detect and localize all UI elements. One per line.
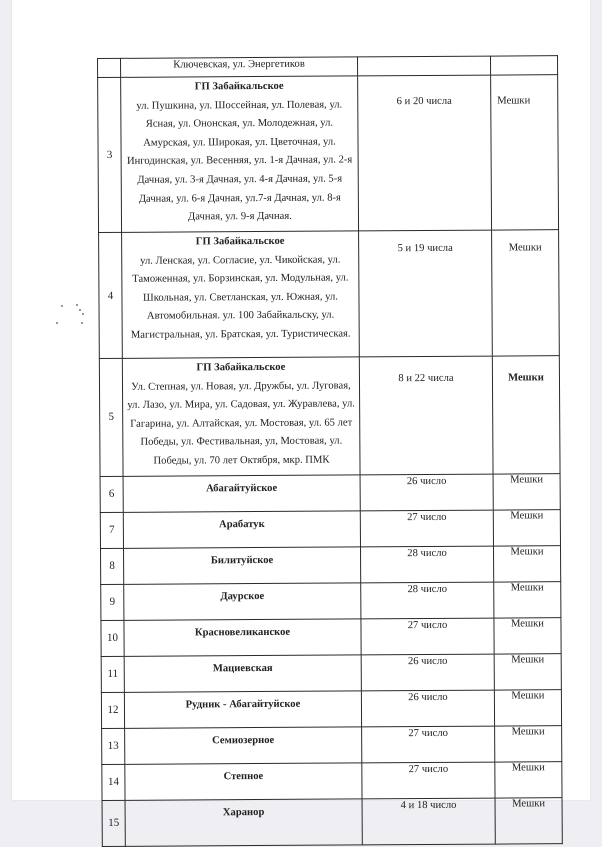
date-cell: 8 и 22 числа — [359, 356, 493, 474]
collection-date: 6 и 20 числа — [397, 96, 452, 107]
row-number: 4 — [99, 232, 123, 358]
scan-speck — [81, 322, 83, 324]
row-number: 3 — [98, 77, 122, 232]
date-cell: 27 число — [360, 510, 493, 547]
scan-speck — [79, 309, 81, 311]
street-list: ул. Ленская, ул. Согласие, ул. Чикойская… — [131, 254, 351, 341]
container-cell: Мешки — [494, 617, 561, 653]
container-type: Мешки — [497, 95, 530, 106]
container-cell: Мешки — [491, 75, 559, 230]
table-row: 5 ГП Забайкальское Ул. Степная, ул. Нова… — [99, 356, 560, 476]
date-cell: 28 число — [361, 582, 494, 619]
container-cell: Мешки — [495, 761, 562, 797]
settlement-name: Даурское — [124, 582, 361, 619]
date-cell: 26 число — [361, 654, 494, 691]
settlement-name: Билитуйское — [123, 546, 360, 583]
row-number: 11 — [101, 656, 124, 692]
scan-speck — [56, 322, 58, 324]
settlement-name: Красновеликанское — [124, 618, 361, 655]
area-cell: Ключевская, ул. Энергетиков — [121, 57, 358, 77]
container-cell: Мешки — [493, 473, 560, 509]
row-number: 6 — [100, 476, 123, 512]
table-row: 14 Степное 27 число Мешки — [102, 761, 562, 800]
container-cell: Мешки — [494, 653, 561, 689]
row-number: 9 — [101, 584, 124, 620]
scan-speck — [61, 305, 63, 307]
date-cell — [357, 56, 490, 76]
date-cell: 26 число — [361, 690, 494, 727]
waste-collection-schedule-table: Ключевская, ул. Энергетиков 3 ГП Забайка… — [97, 55, 563, 800]
table-row: 6 Абагайтуйское 26 число Мешки — [100, 473, 560, 512]
row-number: 10 — [101, 620, 124, 656]
collection-date: 5 и 19 числа — [398, 243, 453, 254]
row-number — [98, 58, 121, 77]
container-cell: Мешки — [495, 725, 562, 761]
table-row: 12 Рудник - Абагайтуйское 26 число Мешки — [101, 689, 561, 728]
row-number: 5 — [99, 358, 123, 476]
table-row: 4 ГП Забайкальское ул. Ленская, ул. Согл… — [99, 230, 560, 359]
date-cell: 26 число — [360, 474, 493, 511]
area-title: ГП Забайкальское — [126, 232, 354, 252]
table-row: 13 Семиозерное 27 число Мешки — [102, 725, 562, 764]
date-cell: 27 число — [362, 762, 495, 799]
table-row: 11 Мациевская 26 число Мешки — [101, 653, 561, 692]
settlement-name: Рудник - Абагайтуйское — [124, 690, 361, 727]
date-cell: 5 и 19 числа — [359, 230, 493, 357]
street-list: Ул. Степная, ул. Новая, ул. Дружбы, ул. … — [127, 380, 355, 467]
table-row: 3 ГП Забайкальское ул. Пушкина, ул. Шосс… — [98, 75, 559, 233]
container-type: Мешки — [509, 242, 542, 253]
row-number: 13 — [102, 728, 125, 764]
area-cell: ГП Забайкальское ул. Ленская, ул. Соглас… — [122, 231, 360, 358]
container-cell: Мешки — [492, 356, 560, 474]
scan-speck — [76, 304, 78, 306]
street-list: ул. Пушкина, ул. Шоссейная, ул. Полевая,… — [127, 99, 352, 223]
table-row: 8 Билитуйское 28 число Мешки — [100, 545, 560, 584]
settlement-name: Арабатук — [123, 510, 360, 547]
table-row: 7 Арабатук 27 число Мешки — [100, 509, 560, 548]
container-cell: Мешки — [492, 230, 560, 356]
row-number: 12 — [101, 692, 124, 728]
area-title: ГП Забайкальское — [127, 358, 355, 378]
container-cell: Мешки — [493, 509, 560, 545]
collection-date: 8 и 22 числа — [398, 373, 453, 384]
settlement-name: Семиозерное — [125, 726, 362, 763]
area-title: ГП Забайкальское — [125, 77, 353, 97]
container-cell: Мешки — [494, 581, 561, 617]
area-cell: ГП Забайкальское ул. Пушкина, ул. Шоссей… — [121, 76, 359, 232]
table-row: 10 Красновеликанское 27 число Мешки — [101, 617, 561, 656]
row-number: 7 — [100, 512, 123, 548]
container-cell: Мешки — [494, 689, 561, 725]
table-row: 9 Даурское 28 число Мешки — [101, 581, 561, 620]
schedule-table-container: Ключевская, ул. Энергетиков 3 ГП Забайка… — [97, 55, 562, 800]
settlement-name: Степное — [125, 762, 362, 799]
scan-speck — [82, 313, 84, 315]
settlement-name: Мациевская — [124, 654, 361, 691]
container-cell — [490, 56, 557, 75]
container-type: Мешки — [508, 372, 544, 383]
date-cell: 6 и 20 числа — [358, 75, 492, 231]
container-cell: Мешки — [493, 545, 560, 581]
row-number: 8 — [100, 548, 123, 584]
date-cell: 27 число — [362, 726, 495, 763]
date-cell: 27 число — [361, 618, 494, 655]
area-cell: ГП Забайкальское Ул. Степная, ул. Новая,… — [122, 357, 360, 476]
settlement-name: Абагайтуйское — [123, 474, 360, 511]
date-cell: 28 число — [360, 546, 493, 583]
row-number: 14 — [102, 764, 125, 800]
